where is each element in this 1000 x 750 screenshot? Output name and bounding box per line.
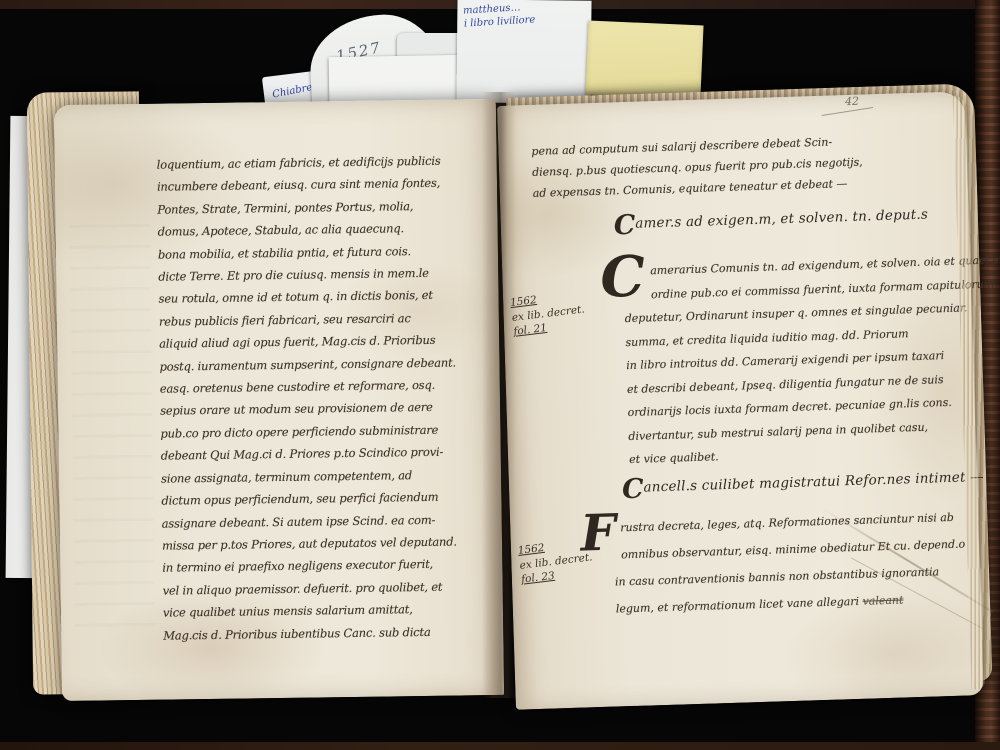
margin-note-1562-fol21: 1562 ex lib. decret. fol. 21: [509, 284, 613, 339]
intro-paragraph: pena ad computum sui salarij describere …: [531, 131, 864, 204]
manuscript-line: debeant Qui Mag.ci d. Priores p.to Scind…: [161, 441, 458, 468]
slip-note: mattheus…i libro liviliore: [457, 0, 592, 31]
yellow-slip: [585, 21, 703, 100]
final-line-text: legum, et reformationum licet vane alleg…: [616, 595, 863, 616]
right-page: 42 pena ad computum sui salarij describe…: [497, 91, 984, 709]
wood-frame-bottom: [0, 742, 1000, 750]
left-page: loquentium, ac etiam fabricis, et aedifi…: [54, 99, 504, 701]
folio-number: 42: [845, 95, 859, 108]
left-page-text: loquentium, ac etiam fabricis, et aedifi…: [157, 150, 460, 647]
folio-underline-stroke: [822, 107, 874, 116]
ink-showthrough: [70, 224, 156, 645]
frustra-lines: rustra decreta, leges, atq. Reformatione…: [613, 503, 975, 595]
camerarius-lines: amerarius Comunis tn. ad exigendum, et s…: [623, 249, 969, 471]
margin-note-1562-fol23: 1562 ex lib. decret. fol. 23: [517, 532, 621, 587]
struck-word: valeant: [862, 593, 903, 607]
manuscript-line: vel in aliquo praemissor. defuerit. pro …: [162, 575, 459, 602]
manuscript-line: seu rotula, omne id et totum q. in dicti…: [158, 284, 455, 311]
heading-text: amer.s ad exigen.m, et solven. tn. deput…: [635, 207, 928, 232]
manuscript-line: Mag.cis d. Prioribus iubentibus Canc. su…: [163, 620, 460, 647]
heading-initial: C: [613, 210, 635, 242]
book-gutter-shadow: [482, 92, 516, 698]
camerarius-paragraph: C amerarius Comunis tn. ad exigendum, et…: [623, 249, 969, 471]
heading-text: ancell.s cuilibet magistratui Refor.nes …: [643, 469, 984, 496]
paper-slip-group: mattheus…i libro liviliore: [456, 0, 591, 104]
manuscript-line: Pontes, Strate, Termini, pontes Portus, …: [157, 194, 454, 221]
manuscript-photo-scene: Chiabrei 1527 mattheus…i libro liviliore…: [0, 0, 1000, 750]
heading-camerarius: Camer.s ad exigen.m, et solven. tn. depu…: [613, 201, 928, 242]
folio-number-value: 42: [845, 95, 859, 108]
frustra-paragraph: F rustra decreta, leges, atq. Reformatio…: [613, 503, 976, 622]
heading-initial: C: [622, 474, 644, 506]
